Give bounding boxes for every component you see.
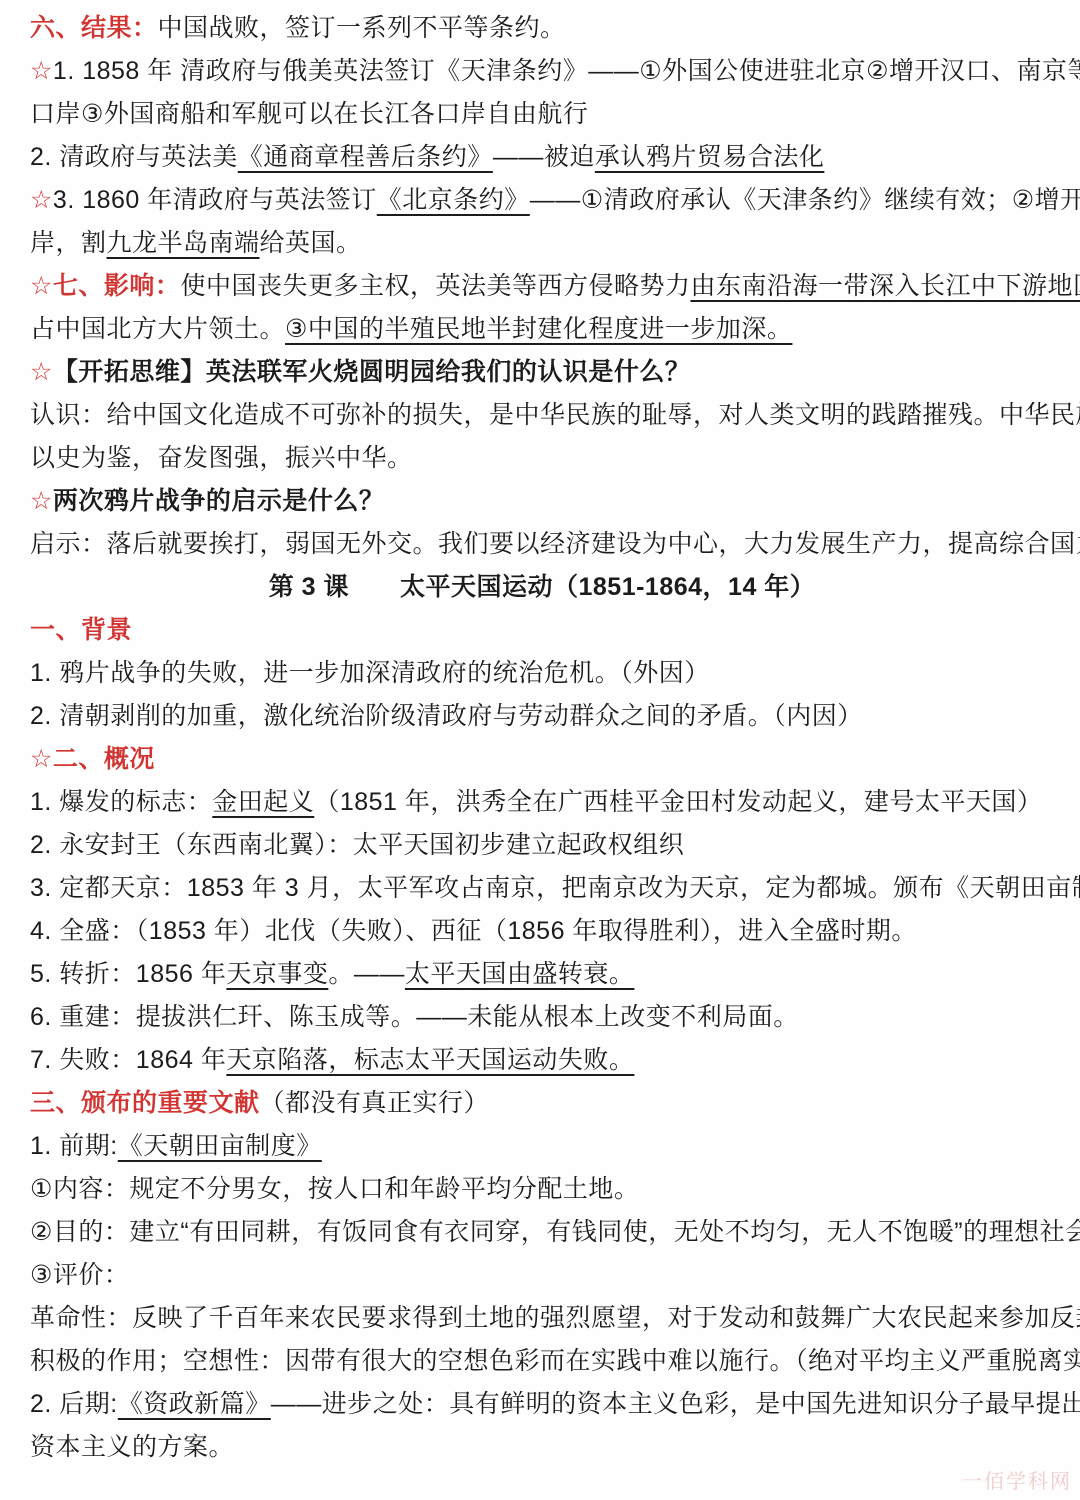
text-segment: 承认鸦片贸易合法化 (595, 143, 825, 171)
text-line: 2. 后期:《资政新篇》——进步之处：具有鲜明的资本主义色彩，是中国先进知识分子… (30, 1383, 1054, 1426)
text-line: 3. 定都天京：1853 年 3 月，太平军攻占南京，把南京改为天京，定为都城。… (30, 867, 1054, 910)
text-segment: 《北京条约》 (377, 186, 530, 214)
text-segment: 1. 前期: (30, 1132, 118, 1160)
text-segment: （1851 年，洪秀全在广西桂平金田村发动起义，建号太平天国） (314, 788, 1042, 816)
text-line: ③评价： (30, 1254, 1054, 1297)
text-segment: 1. 鸦片战争的失败，进一步加深清政府的统治危机。（外因） (30, 659, 710, 687)
text-segment: 天京事变 (226, 960, 328, 988)
text-segment: 启示：落后就要挨打，弱国无外交。我们要以经济建设为中心，大力发展生产力，提高综合… (30, 530, 1080, 558)
text-line: 2. 清朝剥削的加重，激化统治阶级清政府与劳动群众之间的矛盾。（内因） (30, 695, 1054, 738)
text-segment: 《天朝田亩制度》 (118, 1132, 322, 1160)
text-segment: 由东南沿海一带深入长江中下游地区 (690, 272, 1080, 300)
star-icon: ☆ (30, 57, 53, 85)
text-segment: 第 3 课 太平天国运动（1851-1864，14 年） (269, 573, 816, 601)
text-segment: 认识：给中国文化造成不可弥补的损失，是中华民族的耻辱，对人类文明的践踏摧残。中华… (30, 401, 1080, 429)
watermark: 一佰学科网 (962, 1465, 1072, 1494)
text-segment: 三、颁布的重要文献 (30, 1089, 260, 1117)
text-segment: 九龙半岛南端 (107, 229, 260, 257)
text-segment: 【开拓思维】英法联军火烧圆明园给我们的认识是什么？ (53, 358, 691, 386)
text-line: 4. 全盛：（1853 年）北伐（失败）、西征（1856 年取得胜利），进入全盛… (30, 910, 1054, 953)
text-segment: 2. 清朝剥削的加重，激化统治阶级清政府与劳动群众之间的矛盾。（内因） (30, 702, 863, 730)
text-line: ☆七、影响：使中国丧失更多主权，英法美等西方侵略势力由东南沿海一带深入长江中下游… (30, 265, 1054, 308)
text-segment: 口岸③外国商船和军舰可以在长江各口岸自由航行 (30, 100, 588, 128)
text-segment: 资本主义的方案。 (30, 1433, 234, 1461)
text-segment: 2. 永安封王（东西南北翼）：太平天国初步建立起政权组织 (30, 831, 684, 859)
text-segment: 金田起义 (212, 788, 314, 816)
text-segment: ③评价： (30, 1261, 129, 1289)
text-line: 一、背景 (30, 609, 1054, 652)
text-segment: 岸，割 (30, 229, 107, 257)
text-line: ☆3. 1860 年清政府与英法签订《北京条约》——①清政府承认《天津条约》继续… (30, 179, 1054, 222)
text-segment: 太平天国由盛转衰。 (405, 960, 635, 988)
text-line: 第 3 课 太平天国运动（1851-1864，14 年） (30, 566, 1054, 609)
text-segment: 七、影响： (53, 272, 181, 300)
text-line: ☆二、概况 (30, 738, 1054, 781)
text-segment: 5. 转折：1856 年 (30, 960, 226, 988)
text-line: 口岸③外国商船和军舰可以在长江各口岸自由航行 (30, 93, 1054, 136)
text-segment: 1. 1858 年 清政府与俄美英法签订《天津条约》——①外国公使进驻北京②增开… (53, 57, 1080, 85)
text-segment: 天京陷落，标志太平天国运动失败。 (226, 1046, 634, 1074)
text-segment: 以史为鉴，奋发图强，振兴中华。 (30, 444, 413, 472)
text-segment: 6. 重建：提拔洪仁玕、陈玉成等。——未能从根本上改变不利局面。 (30, 1003, 799, 1031)
text-segment: 2. 清政府与英法美 (30, 143, 238, 171)
text-segment: ——被迫 (493, 143, 595, 171)
text-line: 资本主义的方案。 (30, 1426, 1054, 1469)
text-segment: 4. 全盛：（1853 年）北伐（失败）、西征（1856 年取得胜利），进入全盛… (30, 917, 917, 945)
text-line: 1. 前期:《天朝田亩制度》 (30, 1125, 1054, 1168)
text-segment: 3. 1860 年清政府与英法签订 (53, 186, 377, 214)
text-line: 1. 鸦片战争的失败，进一步加深清政府的统治危机。（外因） (30, 652, 1054, 695)
text-segment: ②目的：建立“有田同耕，有饭同食有衣同穿，有钱同使，无处不均匀，无人不饱暖”的理… (30, 1218, 1080, 1246)
star-icon: ☆ (30, 186, 53, 214)
text-segment: ①内容：规定不分男女，按人口和年龄平均分配土地。 (30, 1175, 639, 1203)
text-segment: 3. 定都天京：1853 年 3 月，太平军攻占南京，把南京改为天京，定为都城。… (30, 874, 1080, 902)
text-line: 认识：给中国文化造成不可弥补的损失，是中华民族的耻辱，对人类文明的践踏摧残。中华… (30, 394, 1054, 437)
text-line: 5. 转折：1856 年天京事变。——太平天国由盛转衰。 (30, 953, 1054, 996)
text-segment: 六、结果： (30, 14, 158, 42)
text-segment: 占中国北方大片领土。 (30, 315, 285, 343)
star-icon: ☆ (30, 487, 53, 515)
text-line: 启示：落后就要挨打，弱国无外交。我们要以经济建设为中心，大力发展生产力，提高综合… (30, 523, 1054, 566)
text-segment: 给英国。 (260, 229, 362, 257)
text-line: 革命性：反映了千百年来农民要求得到土地的强烈愿望，对于发动和鼓舞广大农民起来参加… (30, 1297, 1054, 1340)
text-segment: ③中国的半殖民地半封建化程度进一步加深。 (285, 315, 792, 343)
document-lines: 六、结果：中国战败，签订一系列不平等条约。☆1. 1858 年 清政府与俄美英法… (0, 0, 1080, 1469)
text-line: ②目的：建立“有田同耕，有饭同食有衣同穿，有钱同使，无处不均匀，无人不饱暖”的理… (30, 1211, 1054, 1254)
text-segment: 1. 爆发的标志： (30, 788, 212, 816)
star-icon: ☆ (30, 272, 53, 300)
text-segment: 2. 后期: (30, 1390, 118, 1418)
text-segment: ——①清政府承认《天津条约》继续有效；②增开 (530, 186, 1080, 214)
text-segment: 革命性：反映了千百年来农民要求得到土地的强烈愿望，对于发动和鼓舞广大农民起来参加… (30, 1304, 1080, 1332)
text-line: 2. 永安封王（东西南北翼）：太平天国初步建立起政权组织 (30, 824, 1054, 867)
text-segment: 《资政新篇》 (118, 1390, 271, 1418)
text-segment: （都没有真正实行） (260, 1089, 490, 1117)
text-segment: 两次鸦片战争的启示是什么？ (53, 487, 385, 515)
star-icon: ☆ (30, 358, 53, 386)
star-icon: ☆ (30, 745, 53, 773)
text-line: ☆两次鸦片战争的启示是什么？ (30, 480, 1054, 523)
text-line: ①内容：规定不分男女，按人口和年龄平均分配土地。 (30, 1168, 1054, 1211)
text-segment: 二、概况 (53, 745, 155, 773)
text-segment: 。—— (328, 960, 405, 988)
text-segment: 一、背景 (30, 616, 132, 644)
text-segment: 《通商章程善后条约》 (238, 143, 493, 171)
text-line: 6. 重建：提拔洪仁玕、陈玉成等。——未能从根本上改变不利局面。 (30, 996, 1054, 1039)
text-line: 1. 爆发的标志：金田起义（1851 年，洪秀全在广西桂平金田村发动起义，建号太… (30, 781, 1054, 824)
text-line: 占中国北方大片领土。③中国的半殖民地半封建化程度进一步加深。 (30, 308, 1054, 351)
text-line: 2. 清政府与英法美《通商章程善后条约》——被迫承认鸦片贸易合法化 (30, 136, 1054, 179)
text-line: 三、颁布的重要文献（都没有真正实行） (30, 1082, 1054, 1125)
text-line: ☆【开拓思维】英法联军火烧圆明园给我们的认识是什么？ (30, 351, 1054, 394)
text-segment: 积极的作用；空想性：因带有很大的空想色彩而在实践中难以施行。（绝对平均主义严重脱… (30, 1347, 1080, 1375)
text-segment: 使中国丧失更多主权，英法美等西方侵略势力 (180, 272, 690, 300)
text-line: 以史为鉴，奋发图强，振兴中华。 (30, 437, 1054, 480)
text-line: 岸，割九龙半岛南端给英国。 (30, 222, 1054, 265)
text-segment: 中国战败，签订一系列不平等条约。 (158, 14, 566, 42)
text-segment: ——进步之处：具有鲜明的资本主义色彩，是中国先进知识分子最早提出的在中国发展 (271, 1390, 1080, 1418)
text-segment: 7. 失败：1864 年 (30, 1046, 226, 1074)
text-line: 7. 失败：1864 年天京陷落，标志太平天国运动失败。 (30, 1039, 1054, 1082)
text-line: ☆1. 1858 年 清政府与俄美英法签订《天津条约》——①外国公使进驻北京②增… (30, 50, 1054, 93)
text-line: 六、结果：中国战败，签订一系列不平等条约。 (30, 7, 1054, 50)
text-line: 积极的作用；空想性：因带有很大的空想色彩而在实践中难以施行。（绝对平均主义严重脱… (30, 1340, 1054, 1383)
